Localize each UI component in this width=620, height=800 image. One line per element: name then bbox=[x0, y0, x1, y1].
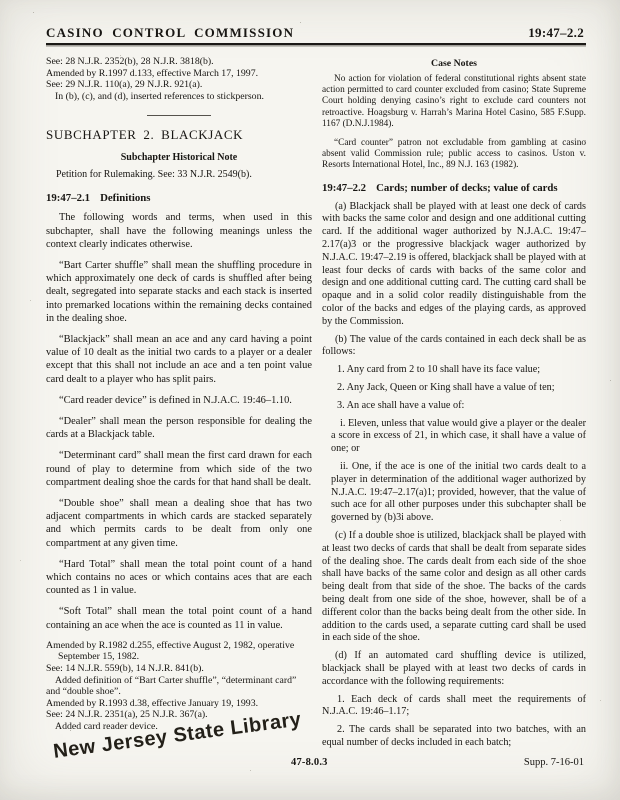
history-line: See: 14 N.J.R. 559(b), 14 N.J.R. 841(b). bbox=[46, 663, 312, 675]
section-title: Definitions bbox=[100, 192, 150, 204]
section-divider bbox=[147, 115, 211, 116]
paragraph-b: (b) The value of the cards contained in … bbox=[322, 334, 586, 360]
definition-card-reader-device: “Card reader device” is defined in N.J.A… bbox=[46, 394, 312, 407]
case-note: “Card counter” patron not excludable fro… bbox=[322, 138, 586, 172]
header-rule bbox=[46, 43, 586, 45]
definition-hard-total: “Hard Total” shall mean the total point … bbox=[46, 558, 312, 598]
left-column: See: 28 N.J.R. 2352(b), 28 N.J.R. 3818(b… bbox=[46, 56, 312, 733]
list-item-b1: 1. Any card from 2 to 10 shall have its … bbox=[322, 364, 586, 377]
list-item-d2: 2. The cards shall be separated into two… bbox=[322, 724, 586, 750]
list-item-b3ii: ii. One, if the ace is one of the initia… bbox=[322, 461, 586, 525]
definition-bart-carter-shuffle: “Bart Carter shuffle” shall mean the shu… bbox=[46, 259, 312, 325]
list-item-b3: 3. An ace shall have a value of: bbox=[322, 400, 586, 413]
case-note: No action for violation of federal const… bbox=[322, 74, 586, 130]
footer-page-number: 47-8.0.3 bbox=[291, 757, 328, 768]
history-line: Amended by R.1997 d.133, effective March… bbox=[46, 68, 312, 80]
definition-determinant-card: “Determinant card” shall mean the first … bbox=[46, 449, 312, 489]
paragraph-a: (a) Blackjack shall be played with at le… bbox=[322, 201, 586, 329]
subchapter-heading: SUBCHAPTER 2. BLACKJACK bbox=[46, 127, 312, 143]
header-agency-title: CASINO CONTROL COMMISSION bbox=[46, 25, 294, 41]
section-heading-definitions: 19:47–2.1Definitions bbox=[46, 192, 312, 204]
history-line: Amended by R.1982 d.255, effective Augus… bbox=[46, 640, 312, 663]
section-heading-cards: 19:47–2.2Cards; number of decks; value o… bbox=[322, 182, 586, 194]
definition-soft-total: “Soft Total” shall mean the total point … bbox=[46, 605, 312, 631]
header-section-number: 19:47–2.2 bbox=[528, 25, 584, 41]
petition-line: Petition for Rulemaking. See: 33 N.J.R. … bbox=[46, 169, 312, 180]
paragraph-c: (c) If a double shoe is utilized, blackj… bbox=[322, 530, 586, 645]
history-line: In (b), (c), and (d), inserted reference… bbox=[46, 91, 312, 103]
paper-noise bbox=[0, 0, 1, 1]
scanned-document-page: CASINO CONTROL COMMISSION 19:47–2.2 See:… bbox=[0, 0, 620, 800]
history-line: See: 29 N.J.R. 110(a), 29 N.J.R. 921(a). bbox=[46, 79, 312, 91]
section-number: 19:47–2.2 bbox=[322, 182, 366, 194]
right-column: Case Notes No action for violation of fe… bbox=[322, 56, 586, 755]
history-line: See: 28 N.J.R. 2352(b), 28 N.J.R. 3818(b… bbox=[46, 56, 312, 68]
section-title: Cards; number of decks; value of cards bbox=[376, 182, 558, 194]
paragraph-d: (d) If an automated card shuffling devic… bbox=[322, 650, 586, 688]
definitions-intro: The following words and terms, when used… bbox=[46, 211, 312, 251]
history-line: Added definition of “Bart Carter shuffle… bbox=[46, 675, 312, 698]
list-item-b2: 2. Any Jack, Queen or King shall have a … bbox=[322, 382, 586, 395]
definition-blackjack: “Blackjack” shall mean an ace and any ca… bbox=[46, 333, 312, 386]
list-item-d1: 1. Each deck of cards shall meet the req… bbox=[322, 694, 586, 720]
definition-double-shoe: “Double shoe” shall mean a dealing shoe … bbox=[46, 497, 312, 550]
case-notes-heading: Case Notes bbox=[322, 58, 586, 69]
definition-dealer: “Dealer” shall mean the person responsib… bbox=[46, 415, 312, 441]
history-line: Amended by R.1993 d.38, effective Januar… bbox=[46, 698, 312, 710]
historical-note-heading: Subchapter Historical Note bbox=[46, 152, 312, 163]
footer-supplement-date: Supp. 7-16-01 bbox=[524, 757, 584, 768]
list-item-b3i: i. Eleven, unless that value would give … bbox=[322, 418, 586, 456]
section-number: 19:47–2.1 bbox=[46, 192, 90, 204]
